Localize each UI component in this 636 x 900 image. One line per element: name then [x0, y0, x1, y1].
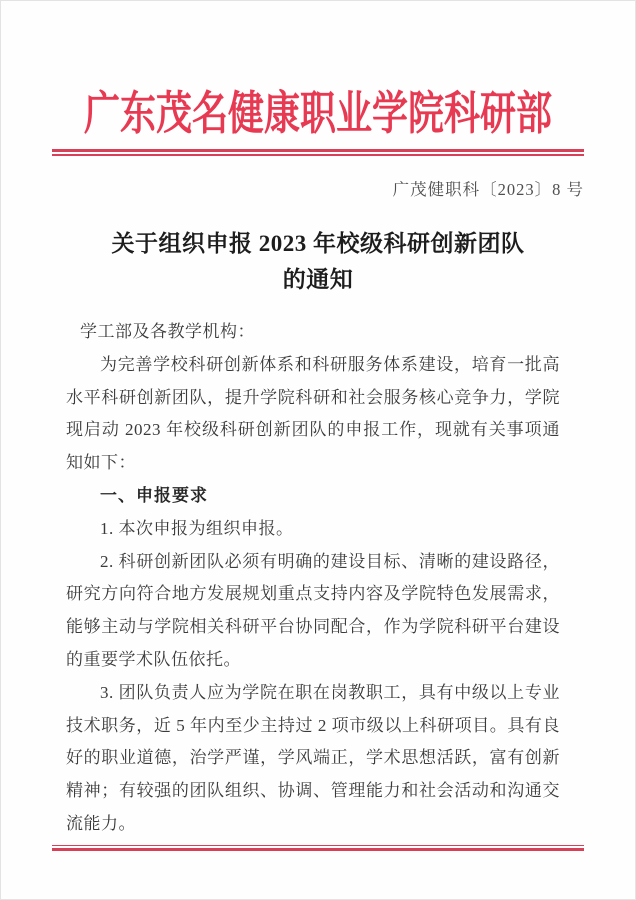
- notice-title-line2: 的通知: [0, 262, 636, 298]
- body-paragraph: 2. 科研创新团队必须有明确的建设目标、清晰的建设路径，研究方向符合地方发展规划…: [66, 546, 560, 677]
- notice-body: 学工部及各教学机构： 为完善学校科研创新体系和科研服务体系建设，培育一批高水平科…: [66, 316, 560, 841]
- doc-number: 广茂健职科〔2023〕8 号: [52, 176, 584, 200]
- salutation: 学工部及各教学机构：: [66, 316, 560, 349]
- document-page: 广东茂名健康职业学院科研部 广茂健职科〔2023〕8 号 关于组织申报 2023…: [0, 0, 636, 900]
- body-paragraph: 3. 团队负责人应为学院在职在岗教职工，具有中级以上专业技术职务，近 5 年内至…: [66, 677, 560, 841]
- body-paragraph: 1. 本次申报为组织申报。: [66, 513, 560, 546]
- notice-title-line1: 关于组织申报 2023 年校级科研创新团队: [0, 226, 636, 262]
- section-heading: 一、申报要求: [66, 480, 560, 513]
- letterhead-org-name: 广东茂名健康职业学院科研部: [0, 88, 636, 139]
- letterhead-double-rule: [52, 149, 584, 156]
- footer-double-rule: [52, 845, 584, 851]
- body-paragraph: 为完善学校科研创新体系和科研服务体系建设，培育一批高水平科研创新团队，提升学院科…: [66, 349, 560, 480]
- notice-title: 关于组织申报 2023 年校级科研创新团队 的通知: [0, 226, 636, 298]
